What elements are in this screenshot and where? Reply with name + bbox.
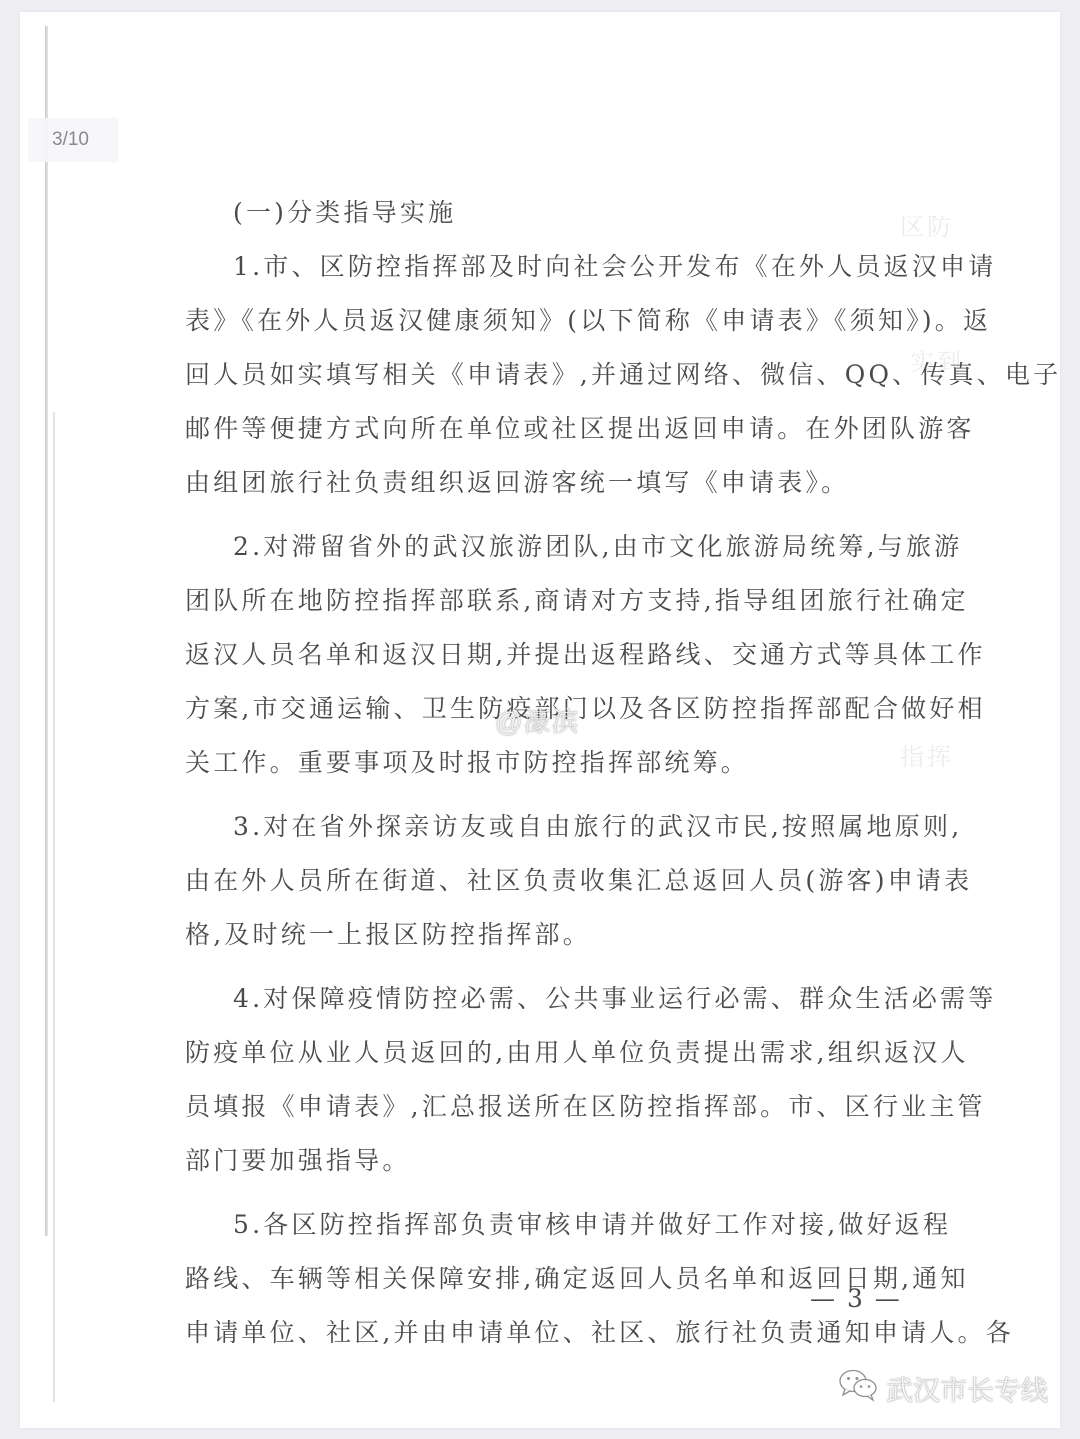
- text-line: 表》《在外人员返汉健康须知》(以下简称《申请表》《须知》)。返: [185, 294, 930, 348]
- text-line: 格,及时统一上报区防控指挥部。: [185, 908, 930, 962]
- text-line: 防疫单位从业人员返回的,由用人单位负责提出需求,组织返汉人: [185, 1026, 930, 1080]
- text-line: 员填报《申请表》,汇总报送所在区防控指挥部。市、区行业主管: [185, 1080, 930, 1134]
- text-line: 返汉人员名单和返汉日期,并提出返程路线、交通方式等具体工作: [185, 628, 930, 682]
- text-line: 团队所在地防控指挥部联系,商请对方支持,指导组团旅行社确定: [185, 574, 930, 628]
- page-counter: 3/10: [28, 118, 118, 162]
- text-line: 3.对在省外探亲访友或自由旅行的武汉市民,按照属地原则,: [185, 800, 930, 854]
- text-line: 2.对滞留省外的武汉旅游团队,由市文化旅游局统筹,与旅游: [185, 520, 930, 574]
- page-binding-line-secondary: [53, 412, 55, 1402]
- section-heading: (一)分类指导实施: [185, 186, 930, 240]
- text-line: 邮件等便捷方式向所在单位或社区提出返回申请。在外团队游客: [185, 402, 930, 456]
- paragraph-1: 1.市、区防控指挥部及时向社会公开发布《在外人员返汉申请 表》《在外人员返汉健康…: [185, 240, 930, 510]
- paragraph-3: 3.对在省外探亲访友或自由旅行的武汉市民,按照属地原则, 由在外人员所在街道、社…: [185, 800, 930, 962]
- text-line: 5.各区防控指挥部负责审核申请并做好工作对接,做好返程: [185, 1198, 930, 1252]
- text-line: 由在外人员所在街道、社区负责收集汇总返回人员(游客)申请表: [185, 854, 930, 908]
- page-binding-line: [45, 26, 48, 1236]
- text-line: 由组团旅行社负责组织返回游客统一填写《申请表》。: [185, 456, 930, 510]
- paragraph-5: 5.各区防控指挥部负责审核申请并做好工作对接,做好返程 路线、车辆等相关保障安排…: [185, 1198, 930, 1360]
- watermark-footer-text: 武汉市长专线: [886, 1369, 1048, 1408]
- page-number: — 3 —: [810, 1284, 902, 1313]
- text-line: 1.市、区防控指挥部及时向社会公开发布《在外人员返汉申请: [185, 240, 930, 294]
- watermark-wechat-account: 武汉市长专线: [838, 1368, 1048, 1409]
- paragraph-2: 2.对滞留省外的武汉旅游团队,由市文化旅游局统筹,与旅游 团队所在地防控指挥部联…: [185, 520, 930, 790]
- watermark-user-handle: @濠滨: [495, 700, 579, 739]
- wechat-icon: [838, 1368, 880, 1409]
- text-line: 申请单位、社区,并由申请单位、社区、旅行社负责通知申请人。各: [185, 1306, 930, 1360]
- text-line: 部门要加强指导。: [185, 1134, 930, 1188]
- text-line: 4.对保障疫情防控必需、公共事业运行必需、群众生活必需等: [185, 972, 930, 1026]
- paragraph-4: 4.对保障疫情防控必需、公共事业运行必需、群众生活必需等 防疫单位从业人员返回的…: [185, 972, 930, 1188]
- text-line: 关工作。重要事项及时报市防控指挥部统筹。: [185, 736, 930, 790]
- text-line: 回人员如实填写相关《申请表》,并通过网络、微信、QQ、传真、电子: [185, 348, 930, 402]
- document-body: (一)分类指导实施 1.市、区防控指挥部及时向社会公开发布《在外人员返汉申请 表…: [185, 186, 930, 1360]
